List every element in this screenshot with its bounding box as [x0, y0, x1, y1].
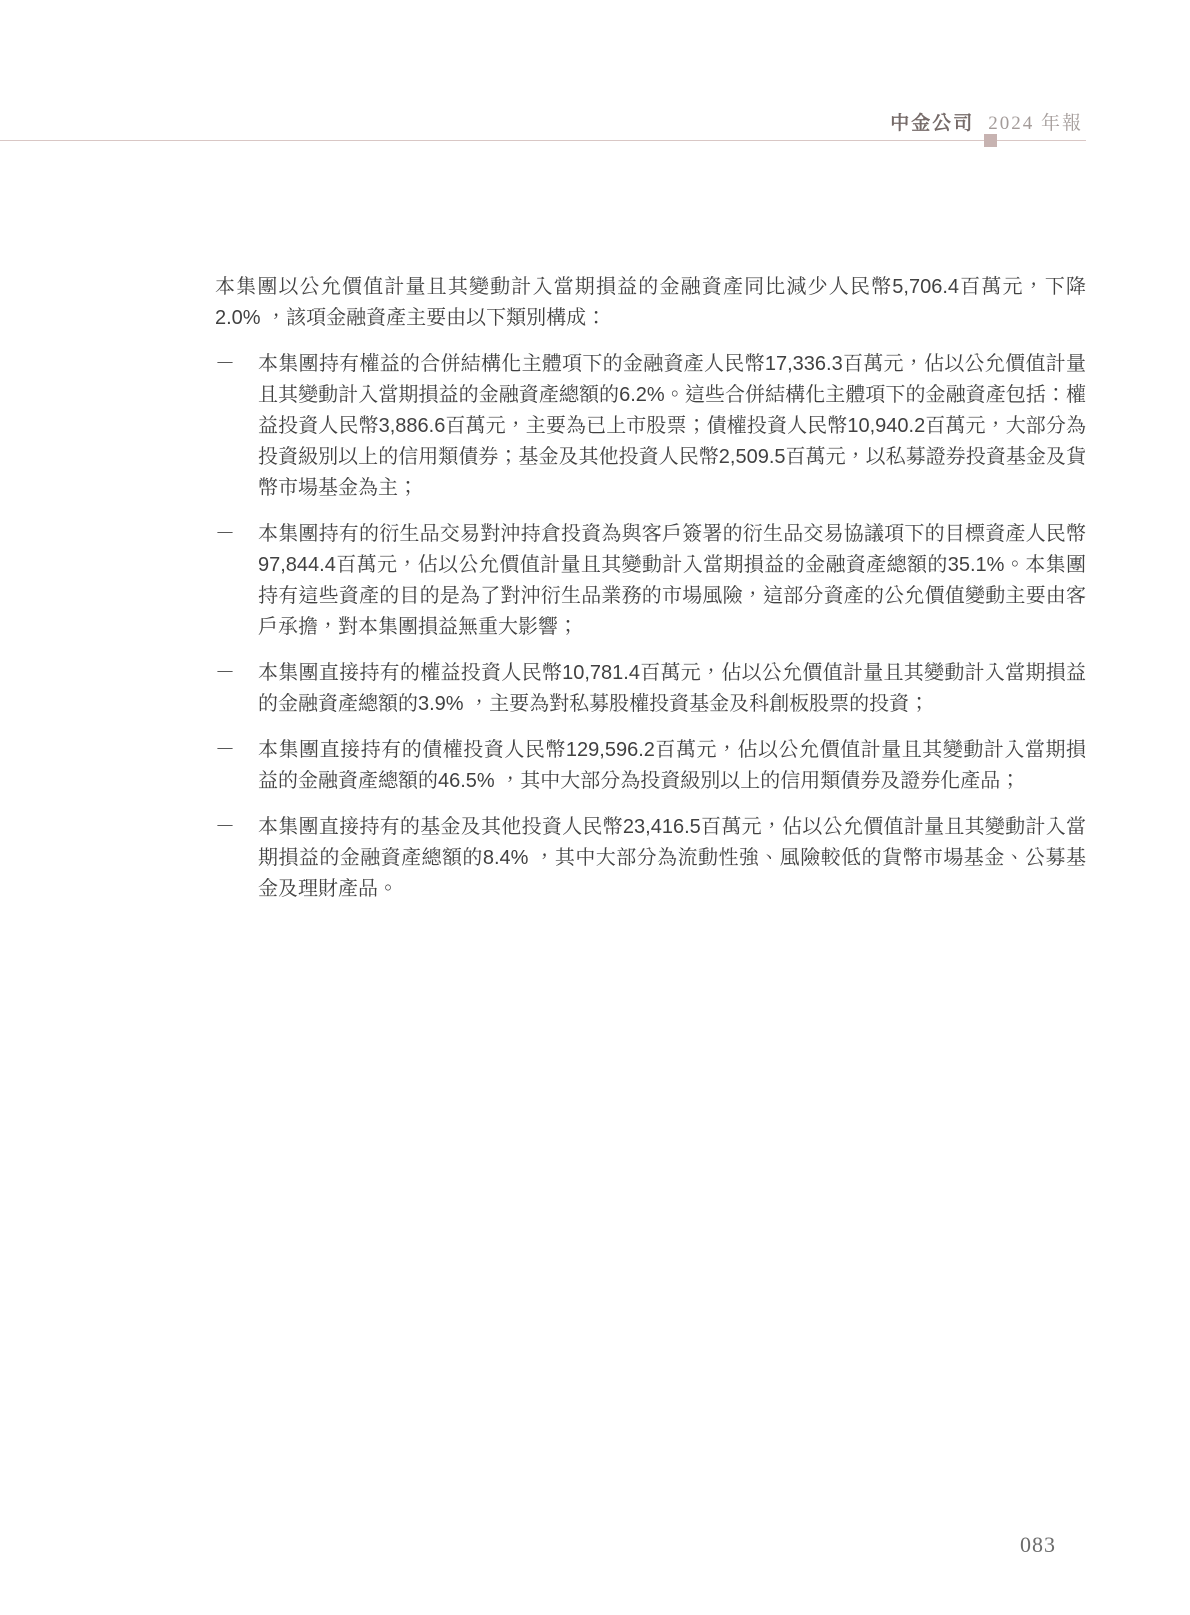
report-year: 2024 年報 — [988, 113, 1083, 134]
bullet-dash-marker: － — [215, 735, 258, 766]
bullet-paragraph: 本集團直接持有的基金及其他投資人民幣23,416.5百萬元，佔以公允價值計量且其… — [258, 812, 1086, 905]
bullet-paragraph: 本集團持有的衍生品交易對沖持倉投資為與客戶簽署的衍生品交易協議項下的目標資產人民… — [258, 519, 1086, 643]
bullet-item: － 本集團直接持有的債權投資人民幣129,596.2百萬元，佔以公允價值計量且其… — [215, 735, 1086, 797]
page-number: 083 — [1020, 1532, 1056, 1558]
header-divider-rule — [0, 140, 1086, 141]
bullet-paragraph: 本集團持有權益的合併結構化主體項下的金融資產人民幣17,336.3百萬元，佔以公… — [258, 349, 1086, 504]
bullet-paragraph: 本集團直接持有的權益投資人民幣10,781.4百萬元，佔以公允價值計量且其變動計… — [258, 658, 1086, 720]
bullet-dash-marker: － — [215, 349, 258, 380]
annual-report-page: 中金公司2024 年報 本集團以公允價值計量且其變動計入當期損益的金融資產同比減… — [0, 0, 1190, 1615]
header-divider-marker-square — [984, 134, 997, 147]
company-name: 中金公司 — [890, 113, 974, 134]
page-header: 中金公司2024 年報 — [0, 108, 1083, 135]
intro-paragraph: 本集團以公允價值計量且其變動計入當期損益的金融資產同比減少人民幣5,706.4百… — [215, 272, 1086, 334]
bullet-item: － 本集團直接持有的權益投資人民幣10,781.4百萬元，佔以公允價值計量且其變… — [215, 658, 1086, 720]
bullet-item: － 本集團持有權益的合併結構化主體項下的金融資產人民幣17,336.3百萬元，佔… — [215, 349, 1086, 504]
main-text-column: 本集團以公允價值計量且其變動計入當期損益的金融資產同比減少人民幣5,706.4百… — [215, 272, 1086, 905]
bullet-item: － 本集團直接持有的基金及其他投資人民幣23,416.5百萬元，佔以公允價值計量… — [215, 812, 1086, 905]
bullet-paragraph: 本集團直接持有的債權投資人民幣129,596.2百萬元，佔以公允價值計量且其變動… — [258, 735, 1086, 797]
bullet-dash-marker: － — [215, 519, 258, 550]
bullet-dash-marker: － — [215, 658, 258, 689]
bullet-dash-marker: － — [215, 812, 258, 843]
bullet-item: － 本集團持有的衍生品交易對沖持倉投資為與客戶簽署的衍生品交易協議項下的目標資產… — [215, 519, 1086, 643]
